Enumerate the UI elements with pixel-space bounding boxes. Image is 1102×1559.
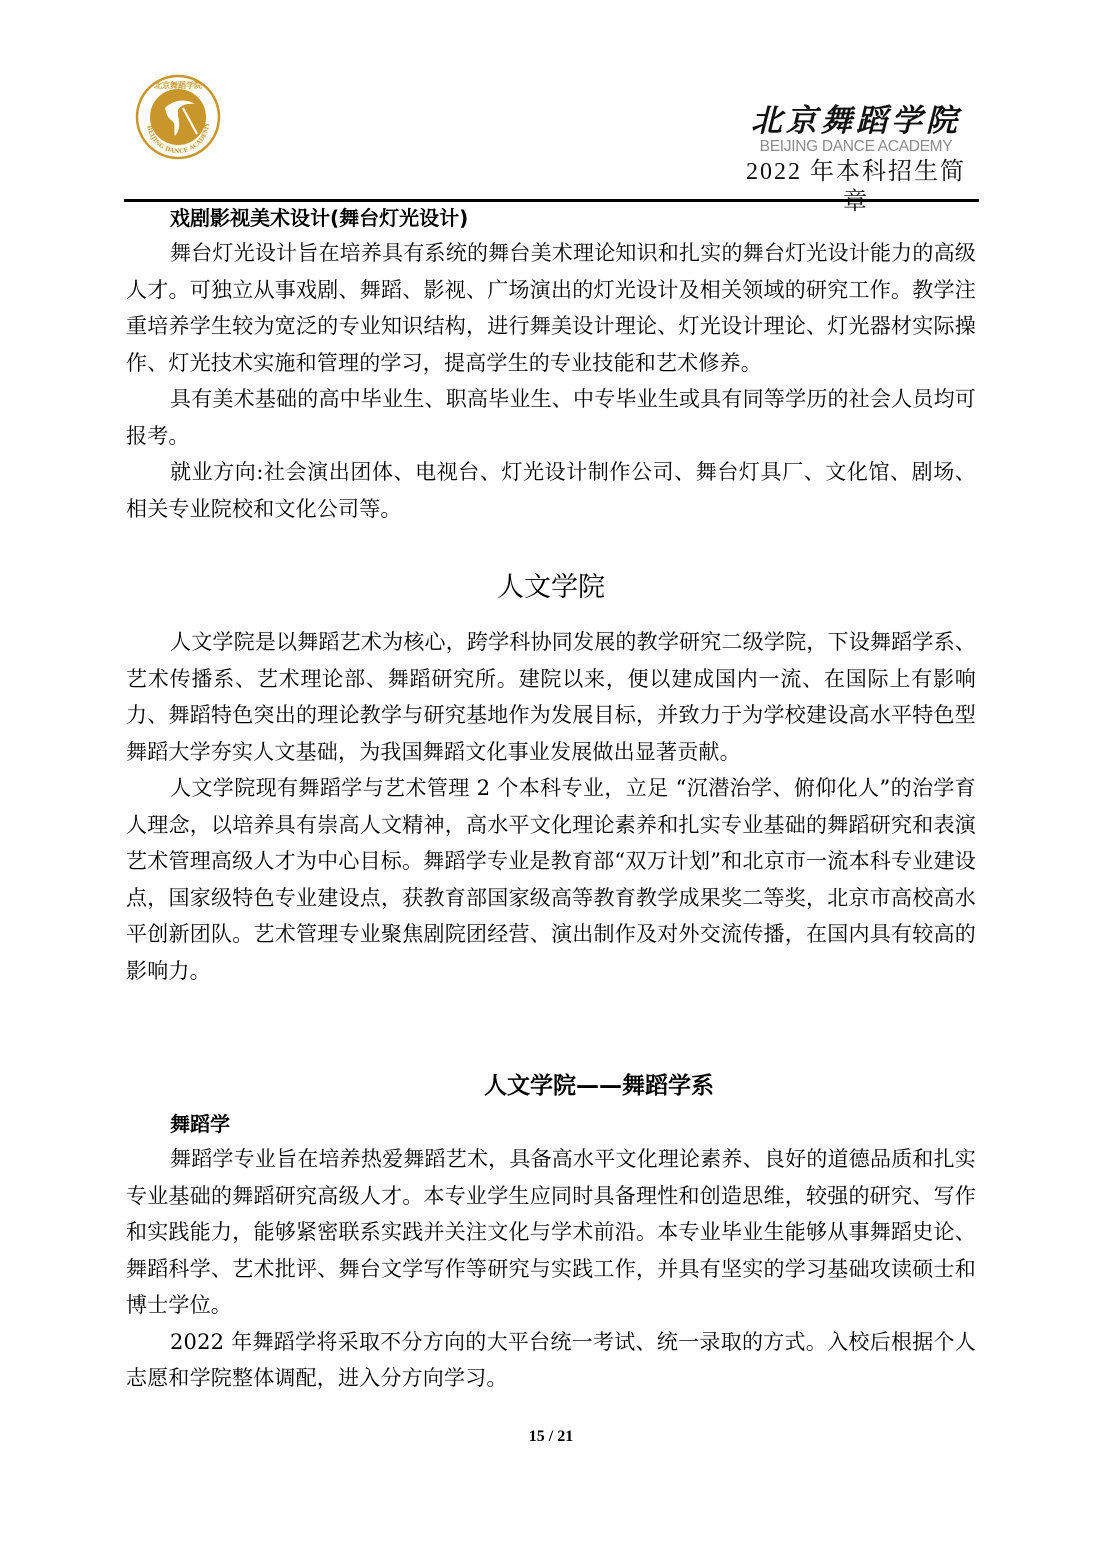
paragraph: 2022 年舞蹈学将采取不分方向的大平台统一考试、统一录取的方式。入校后根据个人… xyxy=(126,1324,976,1397)
paragraph: 人文学院现有舞蹈学与艺术管理 2 个本科专业，立足 “沉潜治学、俯仰化人”的治学… xyxy=(126,770,976,989)
paragraph: 舞蹈学专业旨在培养热爱舞蹈艺术，具备高水平文化理论素养、良好的道德品质和扎实专业… xyxy=(126,1141,976,1324)
paragraph: 具有美术基础的高中毕业生、职高毕业生、中专毕业生或具有同等学历的社会人员均可报考… xyxy=(126,381,976,454)
paragraph: 人文学院是以舞蹈艺术为核心，跨学科协同发展的教学研究二级学院，下设舞蹈学系、艺术… xyxy=(126,624,976,770)
section-heading: 戏剧影视美术设计(舞台灯光设计) xyxy=(126,203,976,233)
beijing-dance-academy-seal-icon: 北京舞蹈学院 BEIJING DANCE ACADEMY xyxy=(135,74,221,160)
academy-seal-logo: 北京舞蹈学院 BEIJING DANCE ACADEMY xyxy=(135,74,221,160)
paragraph: 就业方向:社会演出团体、电视台、灯光设计制作公司、舞台灯具厂、文化馆、剧场、相关… xyxy=(126,454,976,527)
section-title: 人文学院——舞蹈学系 xyxy=(126,1069,976,1103)
section-heading: 舞蹈学 xyxy=(126,1109,976,1139)
brand-name-english: BEIJING DANCE ACADEMY xyxy=(734,138,978,156)
section-title: 人文学院 xyxy=(126,568,976,608)
section-dance-studies: 人文学院——舞蹈学系 舞蹈学 舞蹈学专业旨在培养热爱舞蹈艺术，具备高水平文化理论… xyxy=(126,1069,976,1397)
page-number: 15 / 21 xyxy=(0,1428,1102,1446)
section-humanities-college: 人文学院 人文学院是以舞蹈艺术为核心，跨学科协同发展的教学研究二级学院，下设舞蹈… xyxy=(126,568,976,989)
section-stage-lighting: 戏剧影视美术设计(舞台灯光设计) 舞台灯光设计旨在培养具有系统的舞台美术理论知识… xyxy=(126,203,976,527)
paragraph: 舞台灯光设计旨在培养具有系统的舞台美术理论知识和扎实的舞台灯光设计能力的高级人才… xyxy=(126,235,976,381)
document-page: 北京舞蹈学院 BEIJING DANCE ACADEMY 北京舞蹈学院 BEIJ… xyxy=(0,0,1102,1559)
svg-text:北京舞蹈学院: 北京舞蹈学院 xyxy=(154,80,203,90)
brand-name-chinese: 北京舞蹈学院 xyxy=(734,104,978,138)
header-divider xyxy=(124,199,979,202)
